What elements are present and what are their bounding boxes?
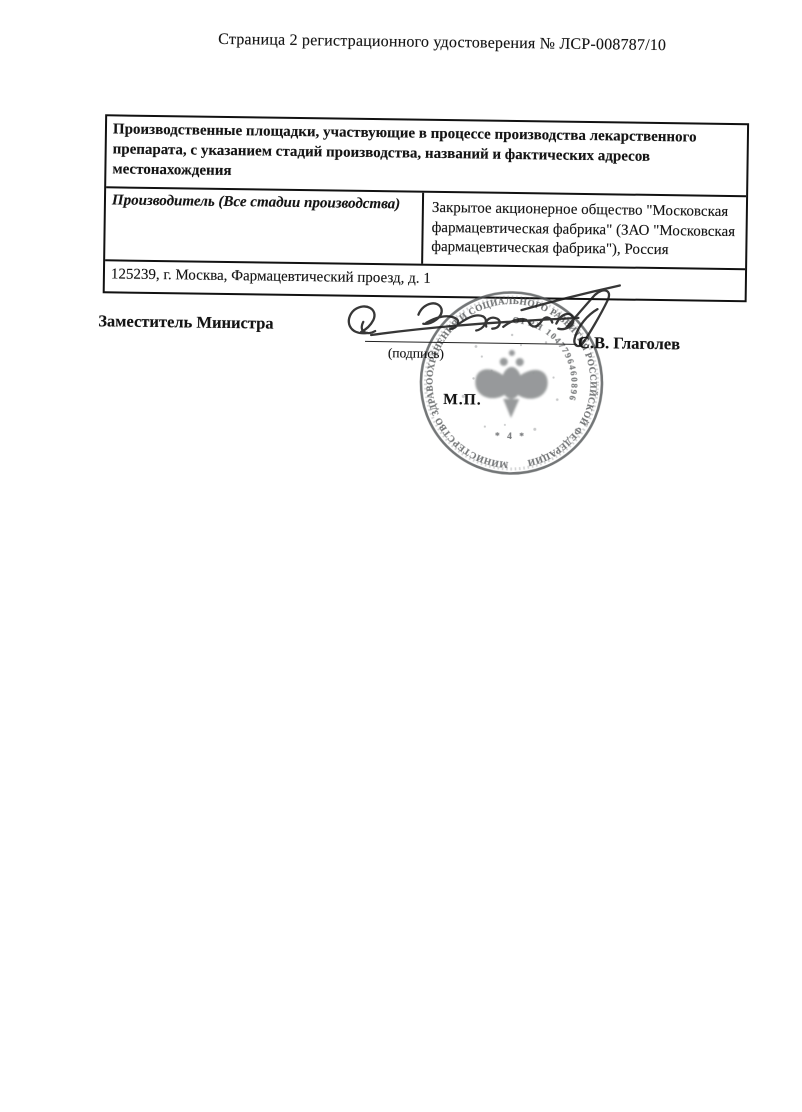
- manufacturer-value-cell: Закрытое акционерное общество "Московска…: [423, 193, 746, 269]
- signer-title: Заместитель Министра: [98, 311, 274, 333]
- document-page: Страница 2 регистрационного удостоверени…: [0, 0, 802, 1112]
- manufacturer-label-cell: Производитель (Все стадии производства): [105, 188, 424, 264]
- table-header-cell: Производственные площадки, участвующие в…: [106, 116, 747, 197]
- signer-name: С.В. Глаголев: [578, 333, 680, 354]
- table-row: Производитель (Все стадии производства) …: [105, 188, 746, 270]
- scanned-content: Страница 2 регистрационного удостоверени…: [0, 0, 802, 1112]
- signature-caption: (подпись): [388, 345, 444, 362]
- seal-place-mark: М.П.: [443, 391, 482, 410]
- page-title: Страница 2 регистрационного удостоверени…: [162, 30, 722, 56]
- stamp-center-number: * 4 *: [495, 432, 527, 442]
